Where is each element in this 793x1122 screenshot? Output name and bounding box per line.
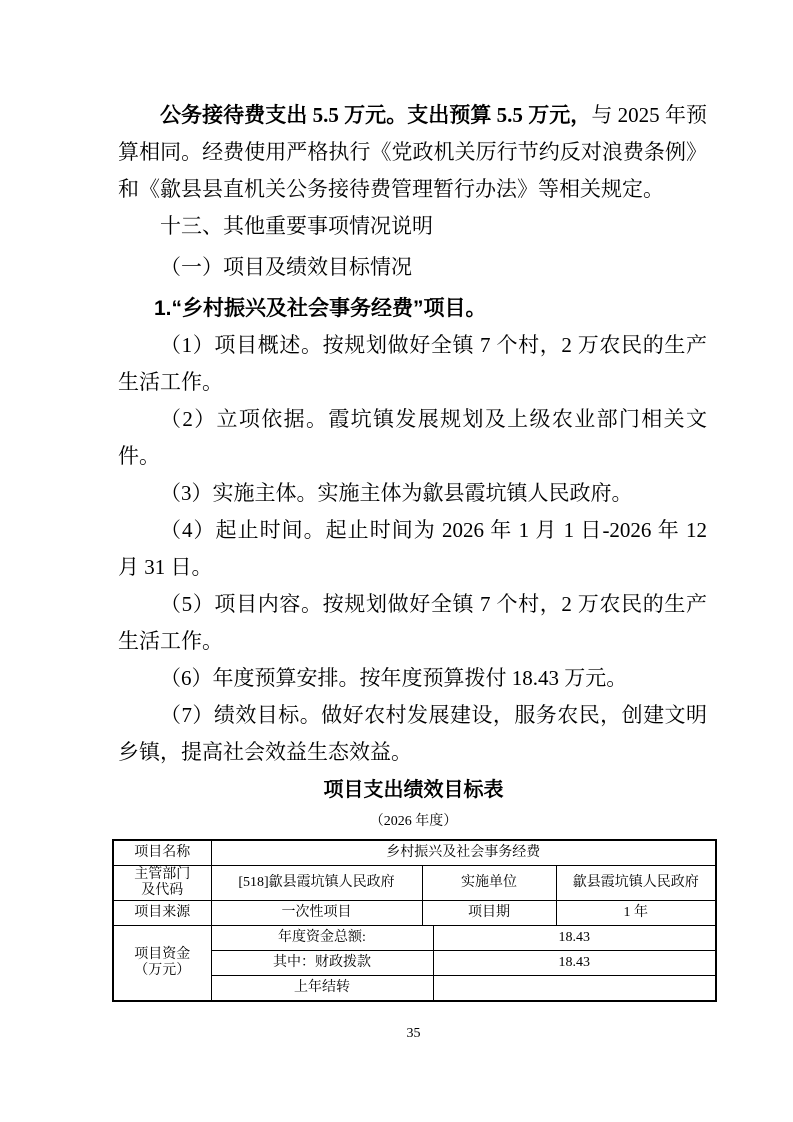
cell-project-name-label: 项目名称 [113, 840, 211, 866]
document-page: 公务接待费支出 5.5 万元。支出预算 5.5 万元，与 2025 年预算相同。… [0, 0, 793, 1122]
paragraph-reception-expense: 公务接待费支出 5.5 万元。支出预算 5.5 万元，与 2025 年预算相同。… [118, 97, 707, 208]
cell-period-value: 1 年 [556, 901, 716, 926]
performance-goal-table: 项目名称 乡村振兴及社会事务经费 主管部门 及代码 [518]歙县霞坑镇人民政府… [112, 839, 717, 1002]
heading-project-name: 1.“乡村振兴及社会事务经费”项目。 [118, 290, 707, 327]
item-7-goal: （7）绩效目标。做好农村发展建设，服务农民，创建文明乡镇，提高社会效益生态效益。 [118, 697, 707, 771]
cell-fund-label: 项目资金 （万元） [113, 926, 211, 1002]
performance-table-section: 项目支出绩效目标表 （2026 年度） 项目名称 乡村振兴及社会事务经费 主管部… [112, 773, 715, 1002]
cell-project-name-value: 乡村振兴及社会事务经费 [211, 840, 716, 866]
item-3-implementer: （3）实施主体。实施主体为歙县霞坑镇人民政府。 [118, 475, 707, 512]
item-6-budget: （6）年度预算安排。按年度预算拨付 18.43 万元。 [118, 660, 707, 697]
item-5-content: （5）项目内容。按规划做好全镇 7 个村，2 万农民的生产生活工作。 [118, 586, 707, 660]
cell-department-value: [518]歙县霞坑镇人民政府 [211, 866, 422, 901]
heading-subsection-1: （一）项目及绩效目标情况 [118, 249, 707, 286]
cell-fund-fiscal-value: 18.43 [433, 951, 716, 976]
table-row-department: 主管部门 及代码 [518]歙县霞坑镇人民政府 实施单位 歙县霞坑镇人民政府 [113, 866, 716, 901]
heading-section-13: 十三、其他重要事项情况说明 [118, 208, 707, 245]
cell-fund-carryover-value [433, 976, 716, 1002]
paragraph-bold-lead: 公务接待费支出 5.5 万元。支出预算 5.5 万元， [160, 103, 591, 127]
table-title: 项目支出绩效目标表 [112, 773, 715, 807]
table-subtitle: （2026 年度） [112, 810, 715, 834]
cell-department-label: 主管部门 及代码 [113, 866, 211, 901]
cell-source-value: 一次性项目 [211, 901, 422, 926]
cell-fund-fiscal-name: 其中：财政拨款 [211, 951, 433, 976]
cell-period-label: 项目期 [422, 901, 556, 926]
table-row-fund-total: 项目资金 （万元） 年度资金总额: 18.43 [113, 926, 716, 951]
cell-fund-carryover-name: 上年结转 [211, 976, 433, 1002]
page-number: 35 [112, 1025, 715, 1043]
cell-fund-total-value: 18.43 [433, 926, 716, 951]
cell-fund-total-name: 年度资金总额: [211, 926, 433, 951]
table-row-project-name: 项目名称 乡村振兴及社会事务经费 [113, 840, 716, 866]
cell-source-label: 项目来源 [113, 901, 211, 926]
table-row-source: 项目来源 一次性项目 项目期 1 年 [113, 901, 716, 926]
item-1-overview: （1）项目概述。按规划做好全镇 7 个村，2 万农民的生产生活工作。 [118, 327, 707, 401]
page-content: 公务接待费支出 5.5 万元。支出预算 5.5 万元，与 2025 年预算相同。… [118, 97, 707, 1002]
cell-impl-unit-value: 歙县霞坑镇人民政府 [556, 866, 716, 901]
item-2-basis: （2）立项依据。霞坑镇发展规划及上级农业部门相关文件。 [118, 401, 707, 475]
cell-impl-unit-label: 实施单位 [422, 866, 556, 901]
item-4-timespan: （4）起止时间。起止时间为 2026 年 1 月 1 日-2026 年 12 月… [118, 512, 707, 586]
